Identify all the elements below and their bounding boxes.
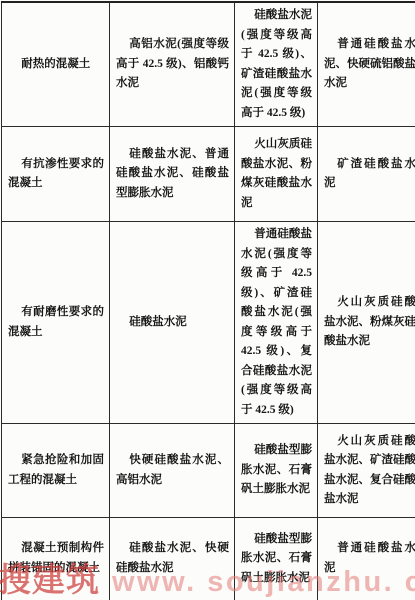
cell-text: 普通硅酸盐水泥、快硬硫铝酸盐水泥 bbox=[324, 35, 415, 94]
cell-preferred-cement: 硅酸盐水泥 bbox=[110, 222, 235, 424]
cell-concrete-use: 有耐磨性要求的混凝土 bbox=[2, 222, 110, 424]
cell-text: 耐热的混凝土 bbox=[8, 55, 104, 75]
table-row: 混凝土预制构件拼装锚固的混凝土 硅酸盐水泥、快硬硅酸盐水泥 硅酸盐型膨胀水泥、石… bbox=[2, 518, 415, 600]
document-page: 耐热的混凝土 高铝水泥(强度等级高于 42.5 级)、铝酸钙水泥 硅酸盐水泥(强… bbox=[0, 0, 415, 600]
cell-unsuitable-cement: 火山灰质硅酸盐水泥、矿渣硅酸盐水泥、复合硅酸盐水泥 bbox=[318, 424, 415, 518]
cell-text: 硅酸盐水泥 bbox=[116, 313, 229, 333]
cell-concrete-use: 紧急抢险和加固工程的混凝土 bbox=[2, 424, 110, 518]
cell-unsuitable-cement: 矿渣硅酸盐水泥 bbox=[318, 127, 415, 222]
cell-text: 普通硅酸盐水泥 bbox=[324, 539, 415, 578]
cell-text: 矿渣硅酸盐水泥 bbox=[324, 155, 415, 194]
cell-unsuitable-cement: 普通硅酸盐水泥 bbox=[318, 518, 415, 600]
table-row: 有耐磨性要求的混凝土 硅酸盐水泥 普通硅酸盐水泥(强度等级高于 42.5 级)、… bbox=[2, 222, 415, 424]
cell-concrete-use: 混凝土预制构件拼装锚固的混凝土 bbox=[2, 518, 110, 600]
cell-text: 火山灰质硅酸盐水泥、矿渣硅酸盐水泥、复合硅酸盐水泥 bbox=[324, 432, 415, 510]
cell-preferred-cement: 硅酸盐水泥、快硬硅酸盐水泥 bbox=[110, 518, 235, 600]
cell-usable-cement: 普通硅酸盐水泥(强度等级高于 42.5 级)、矿渣硅酸盐水泥(强度等级高于 42… bbox=[235, 222, 318, 424]
table-row: 有抗渗性要求的混凝土 硅酸盐水泥、普通硅酸盐水泥、硅酸盐型膨胀水泥 火山灰质硅酸… bbox=[2, 127, 415, 222]
cell-preferred-cement: 高铝水泥(强度等级高于 42.5 级)、铝酸钙水泥 bbox=[110, 2, 235, 127]
cell-text: 紧急抢险和加固工程的混凝土 bbox=[8, 451, 104, 490]
cell-usable-cement: 硅酸盐型膨胀水泥、石膏矾土膨胀水泥 bbox=[235, 518, 318, 600]
cell-text: 硅酸盐型膨胀水泥、石膏矾土膨胀水泥 bbox=[241, 441, 312, 500]
cell-unsuitable-cement: 火山灰质硅酸盐水泥、粉煤灰硅酸盐水泥 bbox=[318, 222, 415, 424]
cell-preferred-cement: 硅酸盐水泥、普通硅酸盐水泥、硅酸盐型膨胀水泥 bbox=[110, 127, 235, 222]
cement-selection-table: 耐热的混凝土 高铝水泥(强度等级高于 42.5 级)、铝酸钙水泥 硅酸盐水泥(强… bbox=[1, 1, 415, 600]
cell-text: 硅酸盐水泥(强度等级高于 42.5 级)、矿渣硅酸盐水泥(强度等级高于 42.5… bbox=[241, 6, 312, 123]
cell-text: 硅酸盐水泥、普通硅酸盐水泥、硅酸盐型膨胀水泥 bbox=[116, 145, 229, 204]
cell-text: 有抗渗性要求的混凝土 bbox=[8, 155, 104, 194]
cell-text: 火山灰质硅酸盐水泥、粉煤灰硅酸盐水泥 bbox=[241, 135, 312, 213]
table-row: 紧急抢险和加固工程的混凝土 快硬硅酸盐水泥、高铝水泥 硅酸盐型膨胀水泥、石膏矾土… bbox=[2, 424, 415, 518]
cement-selection-table-wrap: 耐热的混凝土 高铝水泥(强度等级高于 42.5 级)、铝酸钙水泥 硅酸盐水泥(强… bbox=[1, 1, 415, 600]
cell-usable-cement: 硅酸盐水泥(强度等级高于 42.5 级)、矿渣硅酸盐水泥(强度等级高于 42.5… bbox=[235, 2, 318, 127]
cell-usable-cement: 火山灰质硅酸盐水泥、粉煤灰硅酸盐水泥 bbox=[235, 127, 318, 222]
cell-text: 硅酸盐型膨胀水泥、石膏矾土膨胀水泥 bbox=[241, 530, 312, 589]
cell-usable-cement: 硅酸盐型膨胀水泥、石膏矾土膨胀水泥 bbox=[235, 424, 318, 518]
cell-concrete-use: 耐热的混凝土 bbox=[2, 2, 110, 127]
cell-unsuitable-cement: 普通硅酸盐水泥、快硬硫铝酸盐水泥 bbox=[318, 2, 415, 127]
cell-text: 有耐磨性要求的混凝土 bbox=[8, 303, 104, 342]
cell-concrete-use: 有抗渗性要求的混凝土 bbox=[2, 127, 110, 222]
cell-text: 火山灰质硅酸盐水泥、粉煤灰硅酸盐水泥 bbox=[324, 293, 415, 352]
cell-text: 高铝水泥(强度等级高于 42.5 级)、铝酸钙水泥 bbox=[116, 35, 229, 94]
table-row: 耐热的混凝土 高铝水泥(强度等级高于 42.5 级)、铝酸钙水泥 硅酸盐水泥(强… bbox=[2, 2, 415, 127]
cell-text: 混凝土预制构件拼装锚固的混凝土 bbox=[8, 539, 104, 578]
cell-text: 快硬硅酸盐水泥、高铝水泥 bbox=[116, 451, 229, 490]
cell-text: 普通硅酸盐水泥(强度等级高于 42.5 级)、矿渣硅酸盐水泥(强度等级高于 42… bbox=[241, 225, 312, 420]
cell-text: 硅酸盐水泥、快硬硅酸盐水泥 bbox=[116, 539, 229, 578]
cell-preferred-cement: 快硬硅酸盐水泥、高铝水泥 bbox=[110, 424, 235, 518]
